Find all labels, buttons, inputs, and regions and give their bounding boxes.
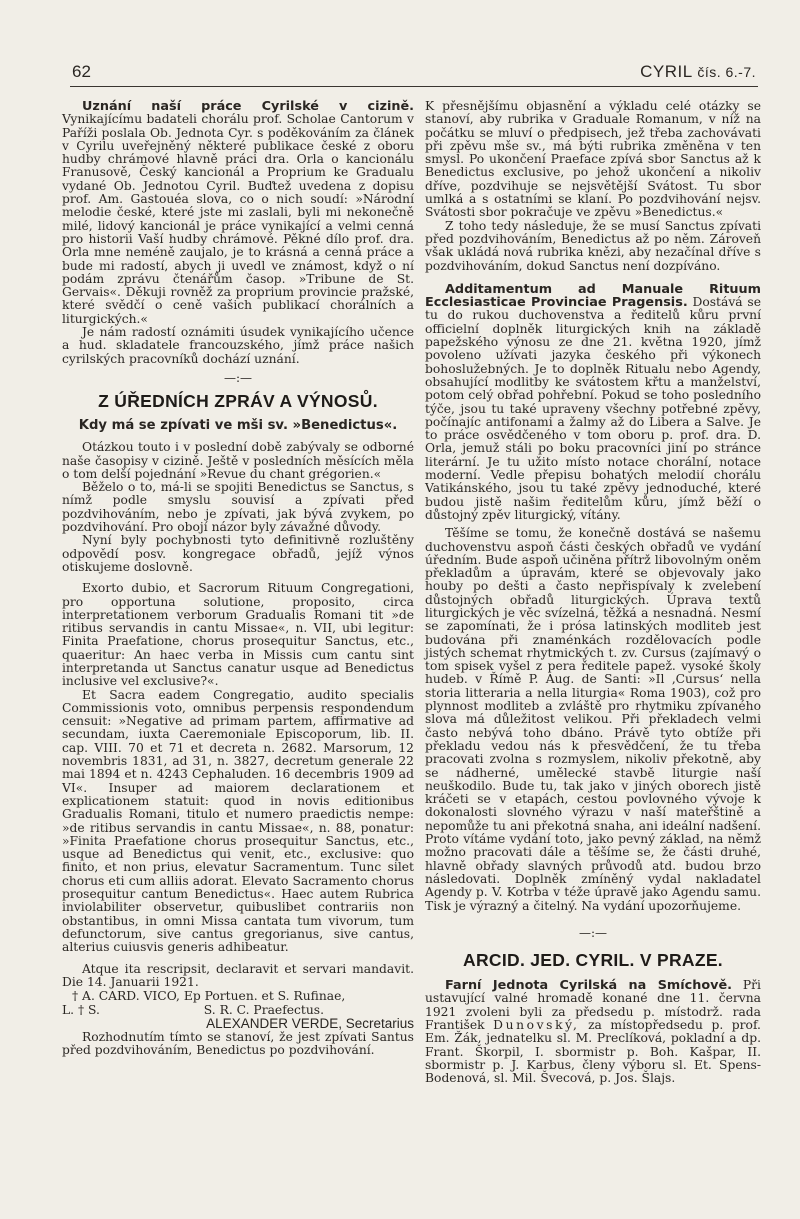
paragraph: K přesnějšímu objasnění a výkladu celé o… — [425, 100, 761, 220]
signature-title: S. R. C. Praefectus. — [204, 1003, 414, 1017]
section-title: ARCID. JED. CYRIL. V PRAZE. — [425, 950, 761, 971]
seal-mark: L. † S. — [62, 1003, 100, 1017]
separator: —:— — [425, 927, 761, 940]
paragraph: Otázkou touto i v poslední době zabývaly… — [62, 441, 414, 481]
latin-decree: Exorto dubio, et Sacrorum Rituum Congreg… — [62, 582, 414, 688]
right-column: K přesnějšímu objasnění a výkladu celé o… — [425, 100, 761, 1085]
spaced-name: Dunovský, — [493, 1018, 579, 1032]
article-body-2: Je nám radostí oznámiti úsudek vynikajíc… — [62, 326, 414, 366]
issue-number: čís. 6.-7. — [697, 64, 756, 80]
running-head: CYRIL čís. 6.-7. — [640, 62, 756, 82]
paragraph: Nyní byly pochybnosti tyto definitivně r… — [62, 534, 414, 574]
journal-title: CYRIL — [640, 62, 692, 81]
paragraph: Těšíme se tomu, že konečně dostává se na… — [425, 527, 761, 913]
article-title: Kdy má se zpívati ve mši sv. »Benedictus… — [62, 418, 414, 433]
closing-paragraph: Rozhodnutím tímto se stanoví, že jest zp… — [62, 1031, 414, 1058]
document-page: 62 CYRIL čís. 6.-7. Uznání naší práce Cy… — [0, 0, 800, 1219]
article-recognition: Uznání naší práce Cyrilské v cizině. Vyn… — [62, 100, 414, 326]
signature-row: L. † S. S. R. C. Praefectus. — [62, 1003, 414, 1017]
article-body: Vynikajícímu badateli chorálu prof. Scho… — [62, 112, 414, 325]
paragraph: Běželo o to, má-li se spojiti Benedictus… — [62, 481, 414, 534]
article-additamentum: Additamentum ad Manuale Rituum Ecclesias… — [425, 283, 761, 522]
section-title: Z ÚŘEDNÍCH ZPRÁV A VÝNOSŮ. — [62, 391, 414, 412]
latin-decree: Atque ita rescripsit, declaravit et serv… — [62, 963, 414, 990]
paragraph: Z toho tedy následuje, že se musí Sanctu… — [425, 220, 761, 273]
separator: —:— — [62, 372, 414, 385]
article-smichov: Farní Jednota Cyrilská na Smíchově. Při … — [425, 979, 761, 1085]
signature-secretary: ALEXANDER VERDE, Secretarius — [62, 1017, 414, 1031]
signatures: † A. CARD. VICO, Ep Portuen. et S. Rufin… — [62, 989, 414, 1031]
article-body: Dostává se tu do rukou duchovenstva a ře… — [425, 295, 761, 522]
left-column: Uznání naší práce Cyrilské v cizině. Vyn… — [62, 100, 414, 1058]
latin-decree: Et Sacra eadem Congregatio, audito speci… — [62, 689, 414, 955]
signature-line: † A. CARD. VICO, Ep Portuen. et S. Rufin… — [62, 989, 414, 1003]
page-header: 62 CYRIL čís. 6.-7. — [70, 60, 758, 87]
page-number: 62 — [72, 62, 91, 82]
